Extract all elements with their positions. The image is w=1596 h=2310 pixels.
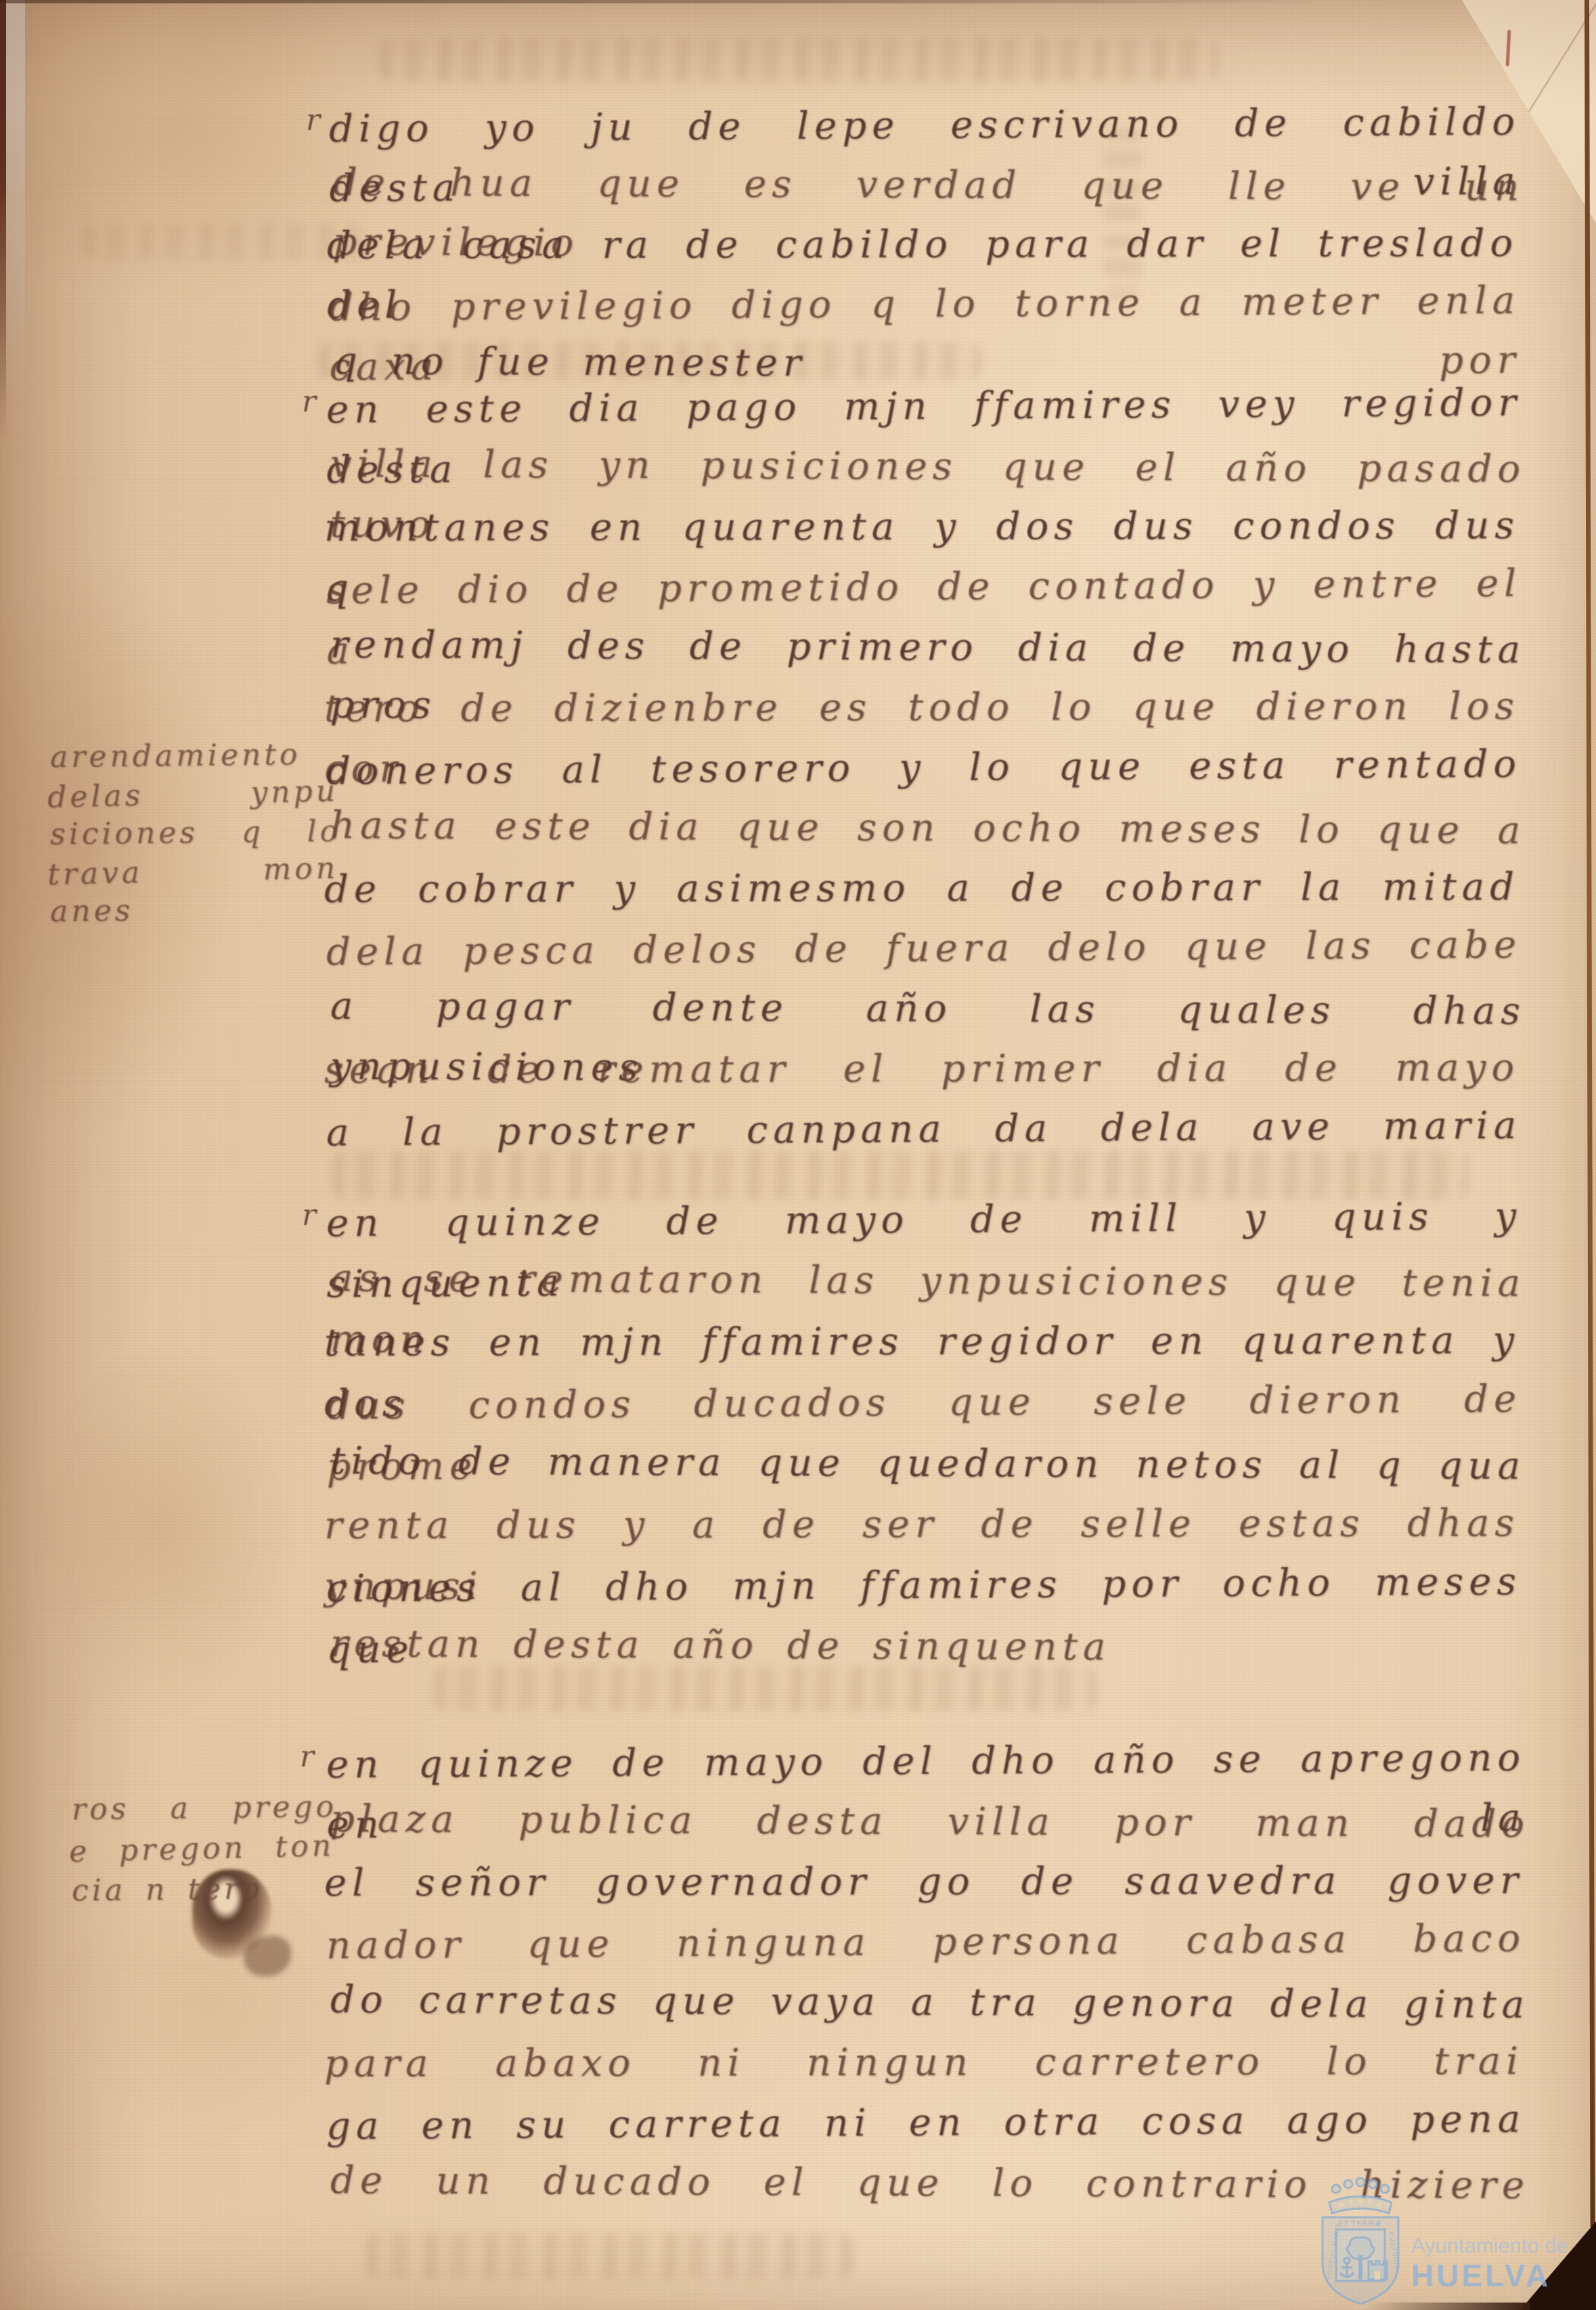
manuscript-page: digo yo ju de lepe escrivano de cabildo …	[0, 0, 1596, 2310]
manuscript-paragraph: en este dia pago mjn ffamires vey regido…	[326, 376, 1522, 1159]
right-binding-line	[1584, 0, 1595, 2227]
manuscript-line: ciones al dho mjn ffamires por ocho mese…	[326, 1552, 1522, 1620]
left-page-edge	[0, 0, 6, 440]
manuscript-line: en este dia pago mjn ffamires vey regido…	[326, 373, 1522, 441]
margin-note-line: delas ynpu	[47, 772, 338, 817]
paragraph-mark: r	[300, 1739, 314, 1774]
manuscript-line: para abaxo ni ningun carretero lo trai	[324, 2031, 1524, 2094]
manuscript-line: a la prostrer canpana da dela ave maria	[326, 1096, 1522, 1163]
manuscript-line: plaza publica desta villa por man dado	[330, 1789, 1530, 1854]
manuscript-line: en quinze de mayo del dho año se apregon…	[326, 1728, 1526, 1796]
bleed-through-smudge	[379, 38, 1218, 81]
margin-note-line: ros a prego	[72, 1787, 338, 1830]
manuscript-line: as se remataron las ynpusiciones que ten…	[330, 1248, 1526, 1314]
manuscript-line: ga en su carreta ni en otra cosa ago pen…	[326, 2089, 1526, 2157]
paragraph-mark: r	[302, 1198, 316, 1232]
margin-note-line: siciones q lo	[50, 812, 342, 853]
left-page-edge-light	[6, 0, 25, 406]
manuscript-line: tero de dizienbre es todo lo que dieron …	[324, 676, 1520, 739]
watermark-org-line1: Ayuntamiento de	[1411, 2234, 1568, 2257]
manuscript-line: dus condos ducados que sele dieron de pr…	[326, 1369, 1522, 1438]
manuscript-line: do carretas que vaya a tra genora dela g…	[330, 1970, 1530, 2035]
manuscript-line: tido de manera que quedaron netos al q q…	[330, 1431, 1526, 1497]
manuscript-paragraph: digo yo ju de lepe escrivano de cabildo …	[329, 96, 1520, 394]
manuscript-line: nador que ninguna persona cabasa baco	[326, 1909, 1526, 1976]
paragraph-mark: r	[302, 384, 316, 419]
watermark-org-line2: HUELVA	[1411, 2258, 1551, 2293]
manuscript-line: el señor governador go de saavedra gover	[324, 1850, 1524, 1913]
manuscript-paragraph: en quinze de mayo de mill y quis y sinqu…	[326, 1190, 1522, 1677]
manuscript-line: dela casa ra de cabildo para dar el tres…	[327, 214, 1518, 276]
bleed-through-smudge	[81, 223, 365, 260]
margin-note: arendamientodelas ynpusiciones q lotrava…	[47, 736, 338, 929]
paragraph-mark: r	[306, 103, 320, 137]
manuscript-line: dela pesca delos de fuera delo que las c…	[326, 915, 1522, 983]
manuscript-line: tanes en mjn ffamires regidor en quarent…	[324, 1310, 1520, 1374]
manuscript-line: digo yo ju de lepe escrivano de cabildo …	[329, 93, 1521, 160]
manuscript-line: hasta este dia que son ocho meses lo que…	[330, 795, 1526, 861]
shield-motto-top: ET TERRÆ	[1338, 2220, 1383, 2228]
manuscript-line: sean de rematar el primer dia de mayo	[324, 1038, 1520, 1101]
margin-note: ros a pregoe pregon toncia n tero	[69, 1788, 334, 1910]
manuscript-line: en quinze de mayo de mill y quis y sinqu…	[326, 1186, 1522, 1255]
bleed-through-smudge	[365, 2234, 853, 2280]
manuscript-paragraph: en quinze de mayo del dho año se apregon…	[326, 1731, 1526, 2213]
manuscript-line: renta dus y a de ser de selle estas dhas…	[324, 1493, 1520, 1557]
manuscript-line: a pagar dente año las quales dhas ynpusi…	[330, 976, 1526, 1042]
manuscript-line: restan desta año de sinquenta	[330, 1614, 1526, 1680]
manuscript-line: rendamj des de primero dia de mayo hasta…	[330, 615, 1526, 680]
margin-note-line: trava mon	[47, 849, 338, 894]
margin-note-line: cia n tero	[72, 1868, 338, 1911]
manuscript-line: sele dio de prometido de contado y entre…	[326, 554, 1522, 621]
manuscript-line: dho previlegio digo q lo torne a meter e…	[329, 271, 1521, 338]
margin-note-line: arendamiento	[50, 735, 342, 776]
margin-note-line: e pregon ton	[68, 1826, 334, 1873]
margin-note-line: anes	[50, 889, 342, 931]
top-page-edge	[0, 0, 1327, 3]
manuscript-line: montanes en quarenta y dos dus condos du…	[324, 495, 1520, 558]
manuscript-line: de hua que es verdad que lle ve un previ…	[333, 153, 1524, 218]
manuscript-line: doneros al tesorero y lo que esta rentad…	[326, 734, 1522, 802]
huelva-watermark: ET TERRÆ PORTUS MARIS CUSTODIA Ayuntamie…	[1306, 2174, 1570, 2310]
manuscript-line: de cobrar y asimesmo a de cobrar la mita…	[324, 857, 1520, 920]
manuscript-line: villa las yn pusiciones que el año pasad…	[330, 434, 1526, 499]
